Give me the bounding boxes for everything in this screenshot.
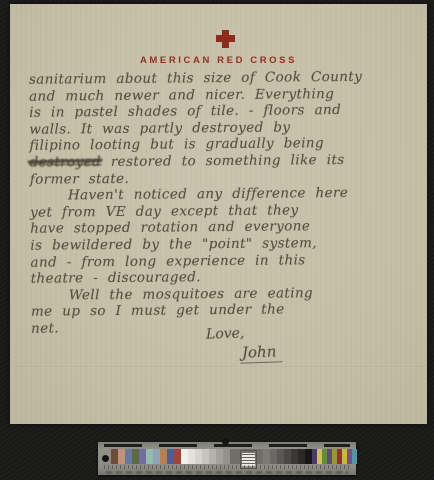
struck-word: destroyed — [30, 154, 102, 171]
red-cross-icon-horizontal — [216, 35, 235, 42]
calibration-ruler — [98, 442, 356, 475]
gray-step — [188, 449, 195, 464]
color-patch — [174, 449, 181, 464]
ruler-center-cell — [230, 449, 263, 464]
gray-step — [263, 449, 270, 464]
gray-step — [195, 449, 202, 464]
color-patch — [111, 449, 118, 464]
left-color-patches — [111, 449, 181, 464]
gray-step — [223, 449, 230, 464]
ruler-hole-left — [102, 455, 109, 462]
letterhead-title: American Red Cross — [10, 55, 427, 66]
gray-step — [202, 449, 209, 464]
gray-step — [305, 449, 312, 464]
color-patch — [118, 449, 125, 464]
dark-gray-steps — [263, 449, 312, 464]
ruler-fine-print — [106, 471, 348, 474]
red-cross-icon — [216, 30, 235, 48]
letter-paper: American Red Cross sanitarium about this… — [10, 4, 427, 424]
color-patch — [167, 449, 174, 464]
gray-step — [277, 449, 284, 464]
gray-step — [209, 449, 216, 464]
patch-row — [111, 449, 357, 464]
gray-step — [216, 449, 223, 464]
color-patch — [125, 449, 132, 464]
gray-step — [291, 449, 298, 464]
gray-step — [284, 449, 291, 464]
letter-body: sanitarium about this size of Cook Count… — [29, 68, 421, 337]
fold-crease-horizontal — [10, 366, 427, 368]
signature: John — [240, 342, 283, 363]
gray-step — [270, 449, 277, 464]
gray-step — [298, 449, 305, 464]
color-patch — [153, 449, 160, 464]
hand-line: sanitarium about this size of Cook Count… — [29, 68, 419, 88]
color-patch — [352, 449, 357, 464]
color-patch — [139, 449, 146, 464]
color-patch — [132, 449, 139, 464]
color-patch — [146, 449, 153, 464]
light-gray-steps — [181, 449, 230, 464]
color-patch — [160, 449, 167, 464]
ruler-center-knob — [222, 438, 229, 445]
valediction: Love, — [206, 325, 245, 342]
gray-step — [181, 449, 188, 464]
right-color-patches — [312, 449, 357, 464]
ruler-tick-strip — [104, 465, 350, 469]
